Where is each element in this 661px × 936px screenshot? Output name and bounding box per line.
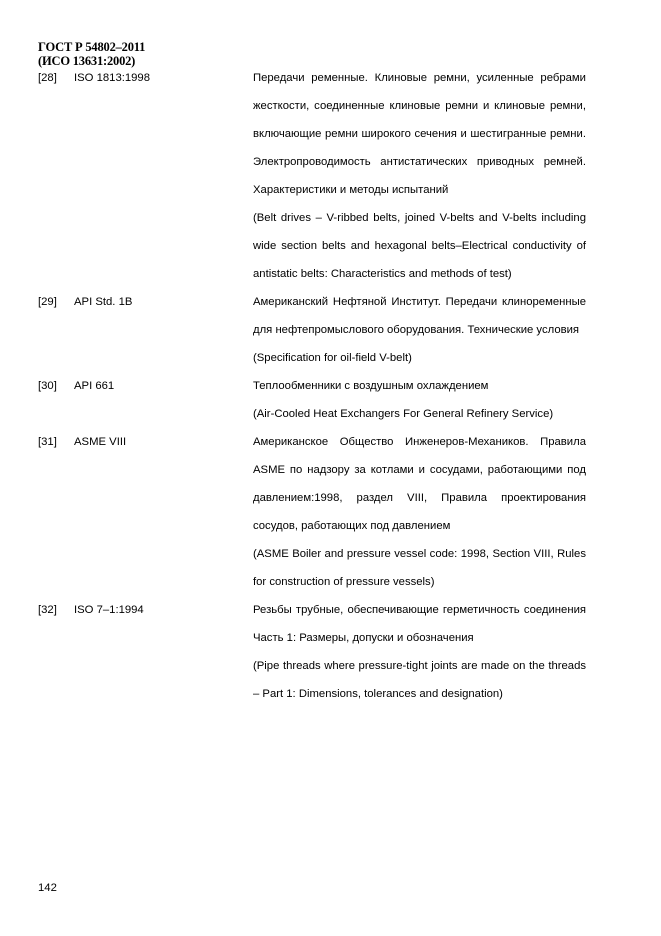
entry-code: ISO 1813:1998 <box>74 64 150 92</box>
entry-code: API 661 <box>74 372 114 400</box>
entry-number: [31] <box>38 428 57 456</box>
bibliography-entry: [31] ASME VIII Американское Общество Инж… <box>38 428 588 596</box>
entry-title-en: (Pipe threads where pressure-tight joint… <box>253 652 586 708</box>
bibliography-entry: [29] API Std. 1B Американский Нефтяной И… <box>38 288 588 372</box>
bibliography-entry: [32] ISO 7–1:1994 Резьбы трубные, обеспе… <box>38 596 588 708</box>
page-number: 142 <box>38 882 57 894</box>
standard-designation: ГОСТ Р 54802–2011 <box>38 40 145 54</box>
entry-code: ISO 7–1:1994 <box>74 596 144 624</box>
bibliography-entry: [28] ISO 1813:1998 Передачи ременные. Кл… <box>38 64 588 288</box>
entry-title-ru: Американский Нефтяной Институт. Передачи… <box>253 288 586 344</box>
entry-number: [29] <box>38 288 57 316</box>
entry-title-en: (ASME Boiler and pressure vessel code: 1… <box>253 540 586 596</box>
entry-title-en: (Air-Cooled Heat Exchangers For General … <box>253 400 586 428</box>
entry-title-ru: Передачи ременные. Клиновые ремни, усиле… <box>253 64 586 204</box>
entry-title-en: (Specification for oil-field V-belt) <box>253 344 586 372</box>
entry-code: ASME VIII <box>74 428 126 456</box>
entry-code: API Std. 1B <box>74 288 132 316</box>
bibliography-list: [28] ISO 1813:1998 Передачи ременные. Кл… <box>38 64 588 708</box>
entry-number: [28] <box>38 64 57 92</box>
entry-title-ru: Американское Общество Инженеров-Механико… <box>253 428 586 540</box>
entry-title-ru: Теплообменники с воздушным охлаждением <box>253 372 586 400</box>
entry-number: [32] <box>38 596 57 624</box>
bibliography-entry: [30] API 661 Теплообменники с воздушным … <box>38 372 588 428</box>
entry-title-en: (Belt drives – V-ribbed belts, joined V-… <box>253 204 586 288</box>
entry-number: [30] <box>38 372 57 400</box>
entry-title-ru: Резьбы трубные, обеспечивающие герметичн… <box>253 596 586 652</box>
